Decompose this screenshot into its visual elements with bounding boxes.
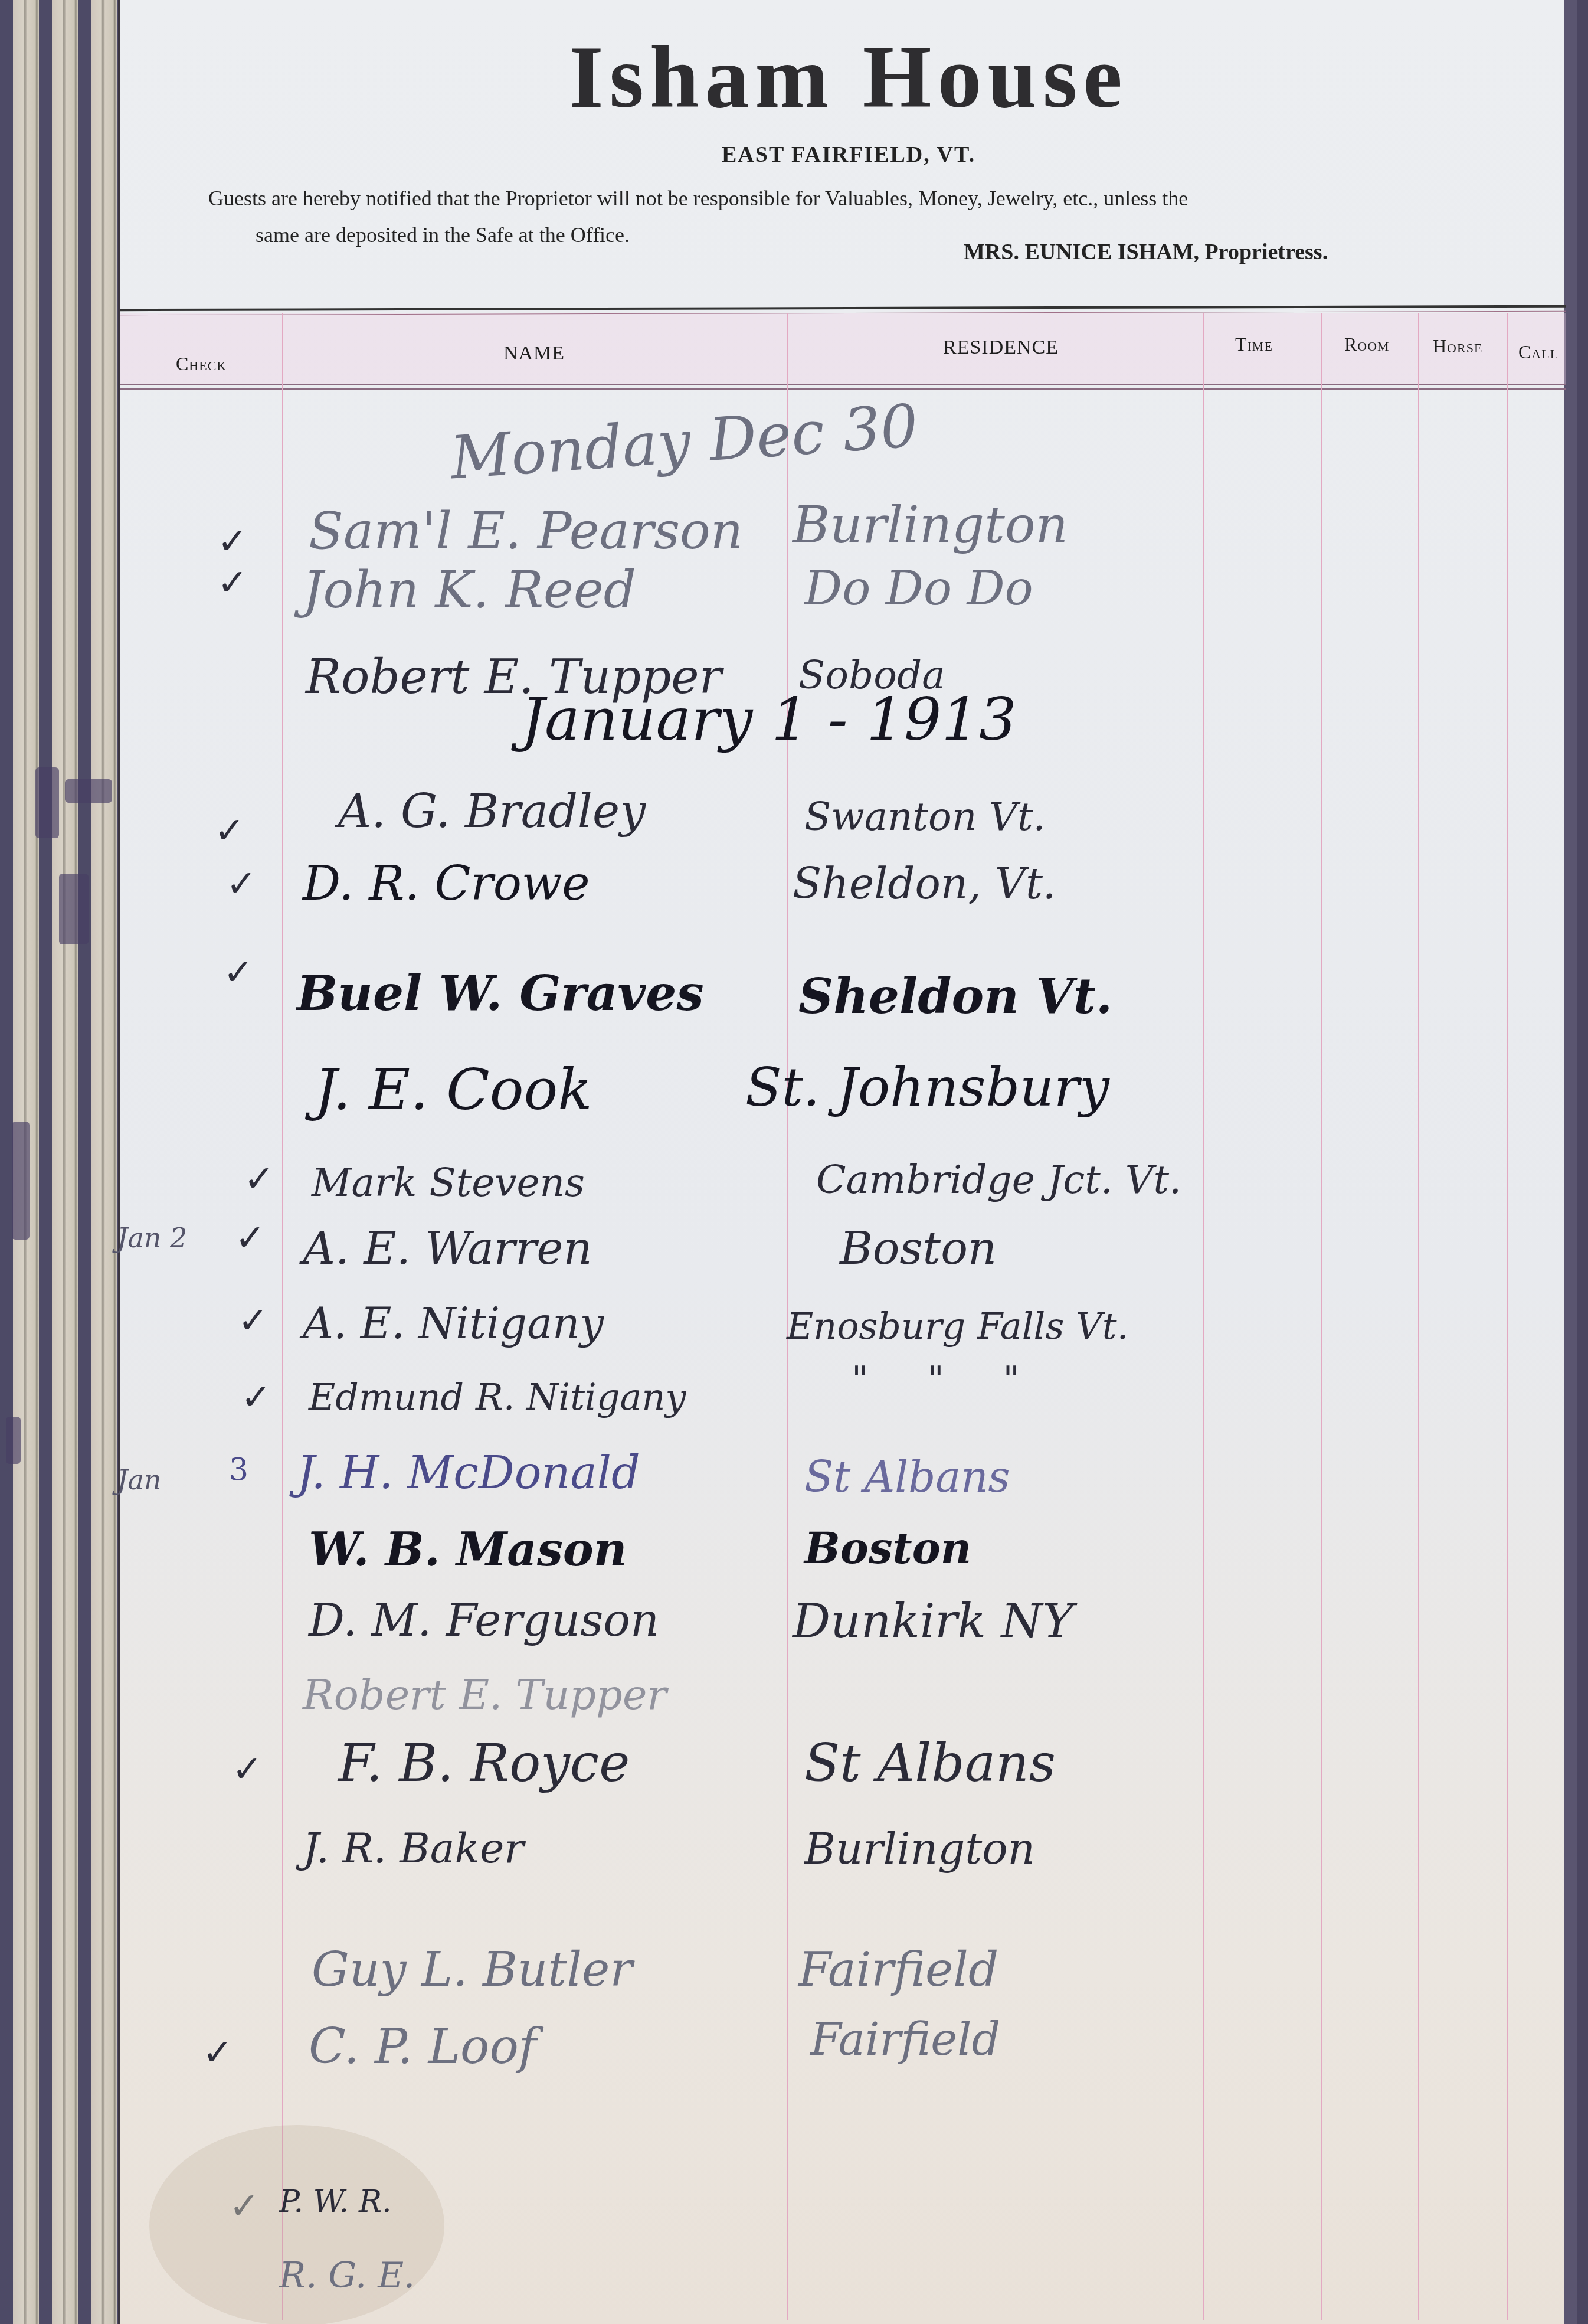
- guest-residence: Dunkirk NY: [793, 1594, 1073, 1649]
- proprietress-line: MRS. EUNICE ISHAM, Proprietress.: [964, 239, 1328, 265]
- check-mark: ✓: [202, 2031, 233, 2074]
- stain: [6, 1417, 21, 1464]
- guest-name: P. W. R.: [279, 2184, 392, 2220]
- guest-name: W. B. Mason: [309, 1523, 627, 1577]
- column-divider: [1203, 313, 1204, 2320]
- guest-name: Sam'l E. Pearson: [309, 502, 743, 561]
- check-mark: ✓: [235, 1216, 266, 1259]
- guest-name: D. R. Crowe: [303, 856, 590, 911]
- column-divider: [1321, 313, 1322, 2320]
- check-mark: ✓: [217, 519, 248, 563]
- guest-name: D. M. Ferguson: [309, 1594, 659, 1646]
- column-header-time: Time: [1235, 334, 1273, 355]
- guest-name: J. H. McDonald: [297, 1446, 640, 1499]
- column-header-check: Check: [176, 353, 227, 375]
- guest-residence: Sheldon Vt.: [798, 968, 1112, 1025]
- guest-name: J. R. Baker: [303, 1824, 524, 1872]
- column-header-name: NAME: [503, 342, 565, 365]
- guest-name: A. E. Warren: [303, 1222, 592, 1274]
- guest-residence: Sheldon, Vt.: [793, 859, 1056, 908]
- guest-residence: Swanton Vt.: [804, 794, 1045, 839]
- guest-name: J. E. Cook: [315, 1057, 592, 1123]
- page-right-edge: [1564, 0, 1577, 2324]
- column-header-room: Room: [1344, 334, 1390, 355]
- register-page: Isham House EAST FAIRFIELD, VT. Guests a…: [118, 0, 1577, 2324]
- guest-name: Guy L. Butler: [312, 1942, 633, 1997]
- column-divider: [282, 313, 283, 2320]
- check-mark: ✓: [229, 2184, 260, 2227]
- guest-name: Edmund R. Nitigany: [309, 1375, 686, 1418]
- header-rule-bottom: [120, 384, 1566, 390]
- stain: [65, 779, 112, 803]
- guest-name: Buel W. Graves: [297, 965, 704, 1022]
- check-mark: ✓: [214, 809, 245, 852]
- guest-residence: Boston: [840, 1222, 997, 1274]
- stain: [35, 767, 59, 838]
- guest-name: Robert E. Tupper: [306, 649, 722, 704]
- column-header-call: Call: [1518, 341, 1558, 363]
- guest-name: Robert E. Tupper: [303, 1671, 667, 1719]
- margin-day-number: 3: [229, 1452, 248, 1488]
- check-mark: ✓: [226, 862, 257, 905]
- guest-name: R. G. E.: [279, 2255, 415, 2296]
- column-header-horse: Horse: [1433, 335, 1482, 357]
- guest-residence: " " ": [852, 1358, 1043, 1401]
- margin-date-note: Jan 2: [117, 1222, 187, 1254]
- date-heading: Monday Dec 30: [448, 391, 921, 492]
- guest-name: John K. Reed: [303, 561, 636, 620]
- guest-residence: Enosburg Falls Vt.: [787, 1305, 1128, 1348]
- column-divider: [1507, 313, 1508, 2320]
- book-page-edges: [0, 0, 121, 2324]
- guest-residence: St. Johnsbury: [745, 1057, 1109, 1119]
- check-mark: ✓: [217, 561, 248, 604]
- guest-name: F. B. Royce: [338, 1733, 630, 1793]
- check-mark: ✓: [238, 1299, 269, 1342]
- guest-name: A. G. Bradley: [338, 785, 646, 838]
- guest-residence: Cambridge Jct. Vt.: [816, 1157, 1181, 1202]
- notice-line-1: Guests are hereby notified that the Prop…: [208, 187, 1188, 210]
- check-mark: ✓: [232, 1747, 263, 1790]
- guest-residence: St Albans: [804, 1452, 1010, 1502]
- guest-residence: St Albans: [804, 1733, 1056, 1793]
- column-divider: [1418, 313, 1419, 2320]
- column-header-residence: RESIDENCE: [943, 336, 1059, 359]
- guest-name: C. P. Loof: [309, 2019, 536, 2075]
- location-line: EAST FAIRFIELD, VT.: [120, 142, 1577, 168]
- check-mark: ✓: [223, 950, 254, 993]
- guest-residence: Soboda: [798, 652, 945, 698]
- guest-residence: Do Do Do: [804, 561, 1033, 616]
- guest-name: Mark Stevens: [312, 1160, 585, 1205]
- guest-residence: Fairfield: [810, 2013, 1000, 2065]
- check-mark: ✓: [244, 1157, 274, 1200]
- guest-residence: Burlington: [804, 1824, 1035, 1874]
- guest-residence: Boston: [804, 1523, 971, 1573]
- guest-name: A. E. Nitigany: [303, 1299, 604, 1348]
- check-mark: ✓: [241, 1375, 271, 1418]
- guest-residence: Burlington: [793, 496, 1068, 555]
- stain: [12, 1122, 30, 1240]
- guest-residence: Fairfield: [798, 1942, 998, 1997]
- stain: [59, 874, 89, 944]
- margin-date-note: Jan: [117, 1464, 162, 1496]
- page-title: Isham House: [120, 27, 1577, 128]
